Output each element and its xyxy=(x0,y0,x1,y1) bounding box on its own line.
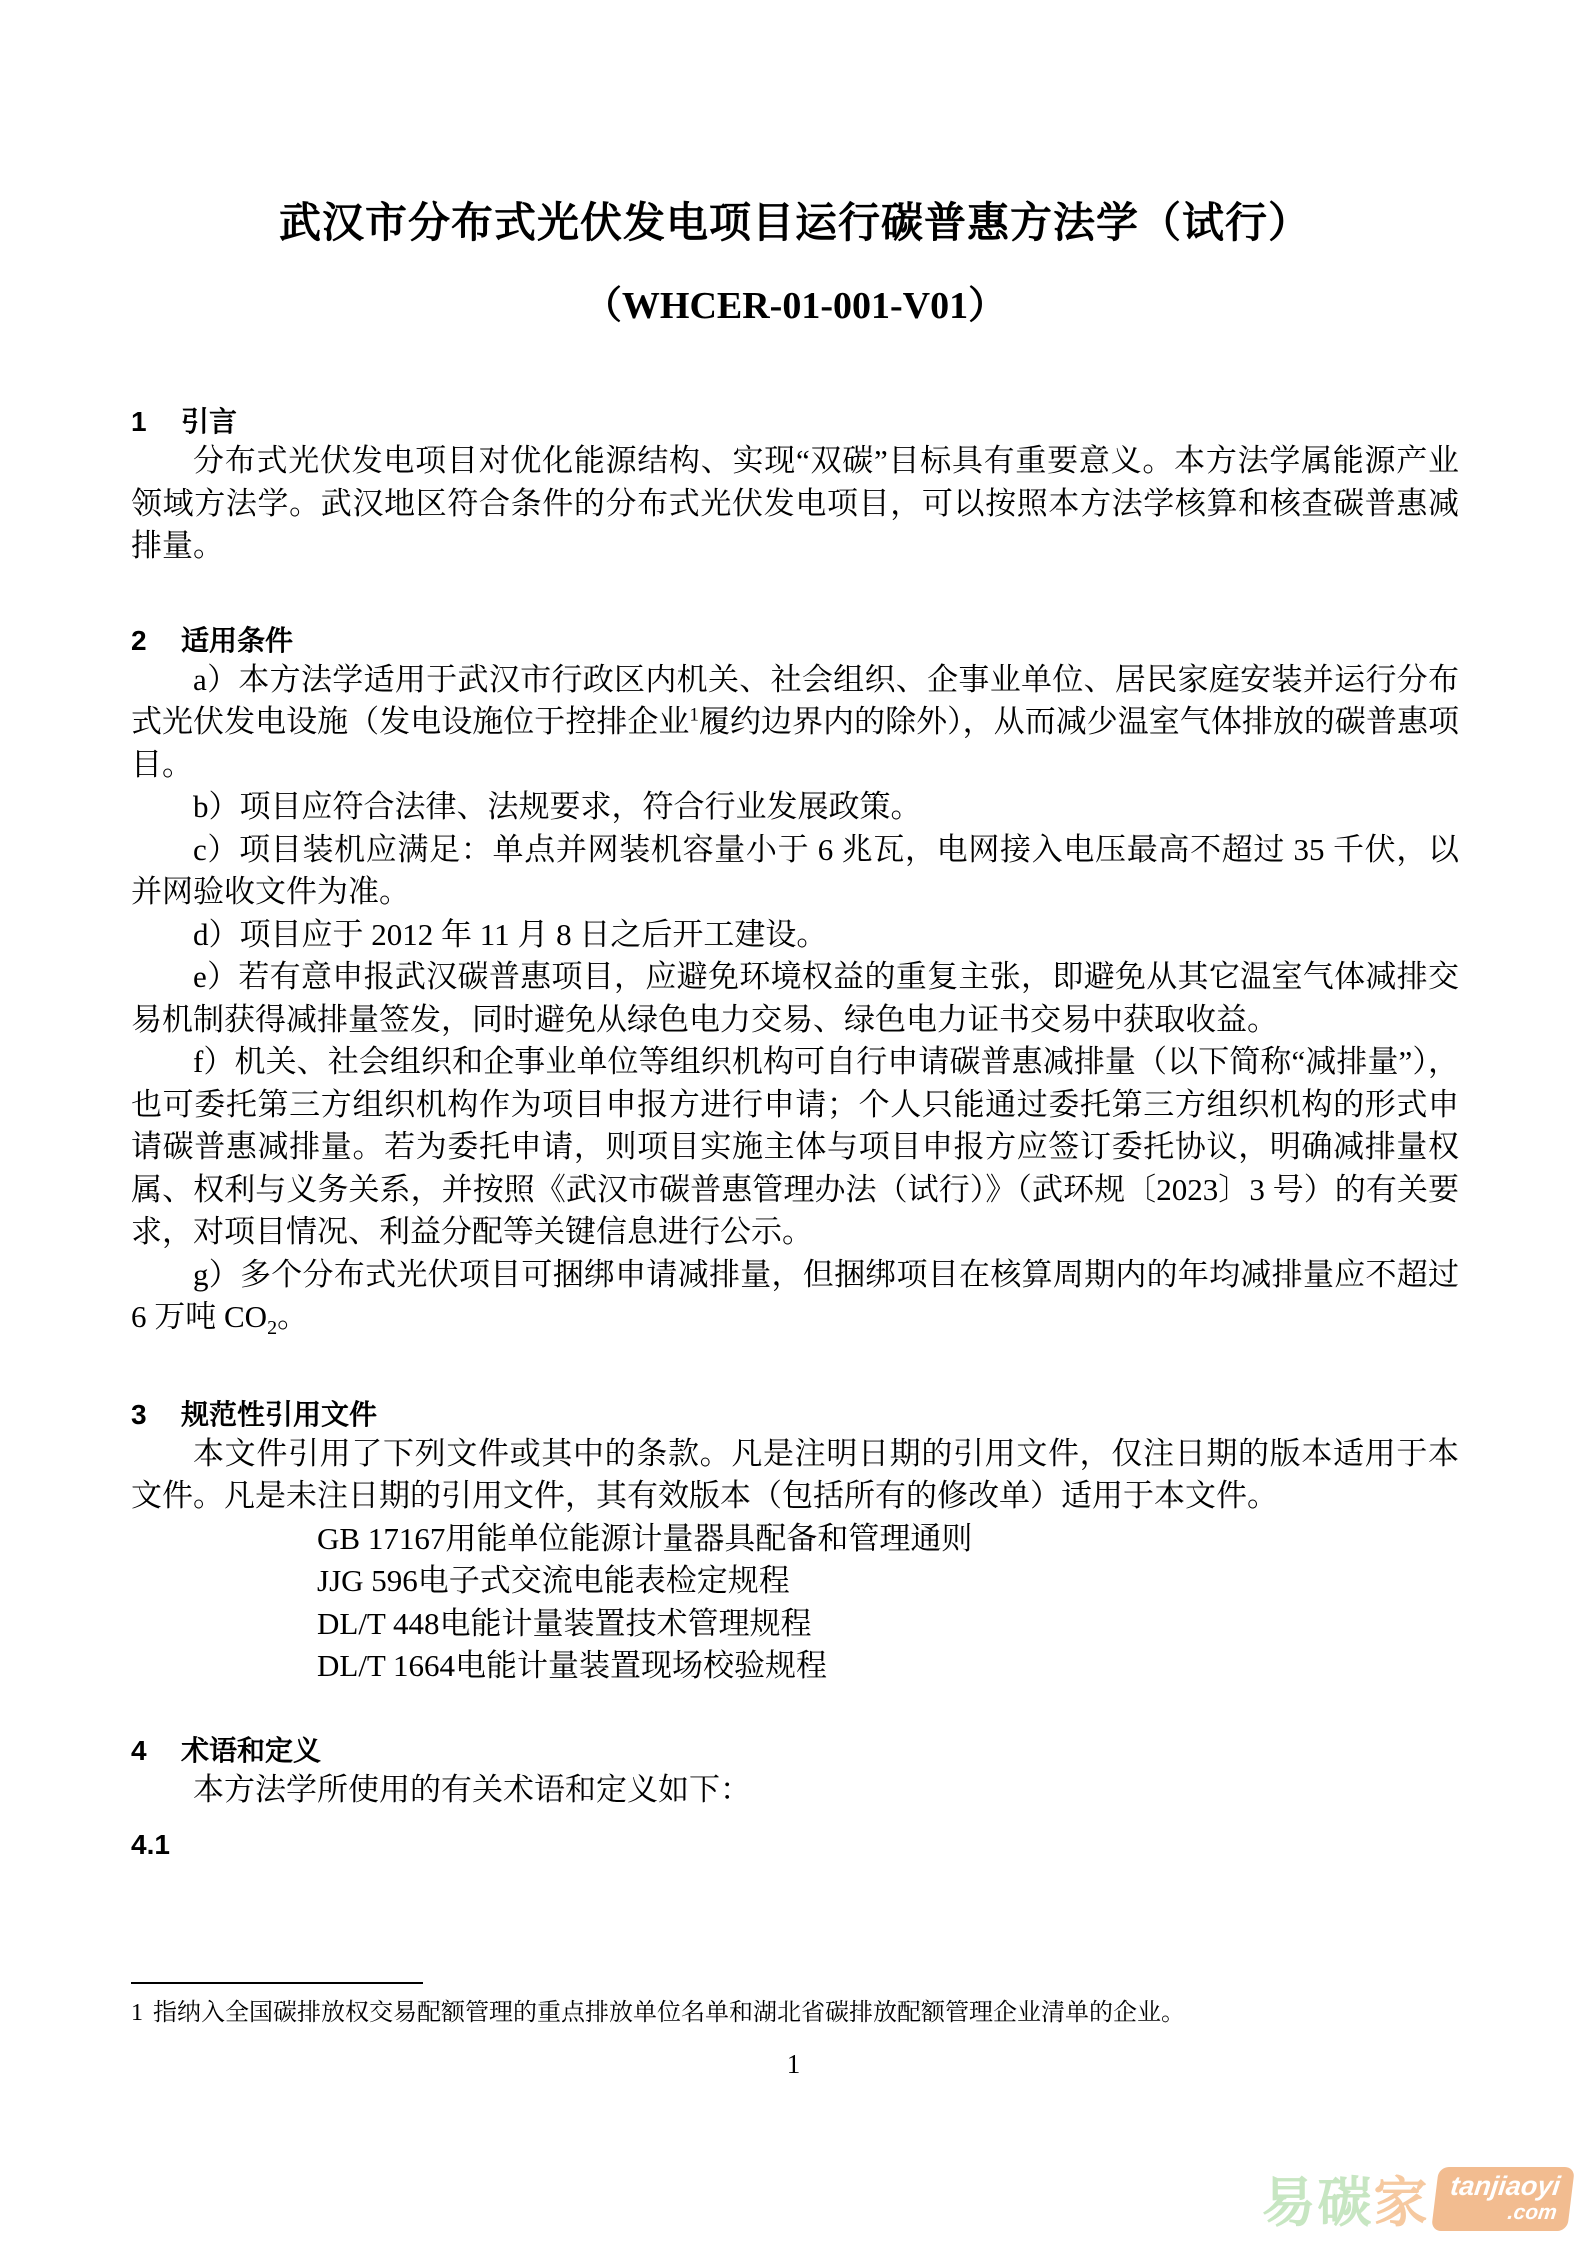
terms-intro: 本方法学所使用的有关术语和定义如下： xyxy=(131,1769,1459,1812)
condition-item-g-text: g）多个分布式光伏项目可捆绑申请减排量，但捆绑项目在核算周期内的年均减排量应不超… xyxy=(131,1257,1459,1335)
document-page: 武汉市分布式光伏发电项目运行碳普惠方法学（试行） （WHCER-01-001-V… xyxy=(0,0,1587,2245)
condition-item-g-period: 。 xyxy=(277,1299,308,1334)
reference-desc: 电能计量装置技术管理规程 xyxy=(440,1606,812,1641)
section-2-heading: 2适用条件 xyxy=(131,623,1459,659)
co2-subscript: 2 xyxy=(267,1317,277,1339)
footnote: 1指纳入全国碳排放权交易配额管理的重点排放单位名单和湖北省碳排放配额管理企业清单… xyxy=(131,1998,1459,2029)
section-1-number: 1 xyxy=(131,404,155,440)
section-1-title: 引言 xyxy=(181,406,237,437)
section-4-title: 术语和定义 xyxy=(181,1735,321,1766)
watermark-logo: 易碳 家 tanjiaoyi .com xyxy=(1261,2160,1571,2237)
section-2-number: 2 xyxy=(131,623,155,659)
document-title: 武汉市分布式光伏发电项目运行碳普惠方法学（试行） xyxy=(131,0,1459,250)
reference-item: DL/T 448电能计量装置技术管理规程 xyxy=(131,1603,1459,1646)
watermark-domain-name: tanjiaoyi xyxy=(1449,2173,1562,2200)
watermark-domain-badge: tanjiaoyi .com xyxy=(1432,2167,1575,2231)
section-2-title: 适用条件 xyxy=(181,625,293,656)
watermark-text-orange: 家 xyxy=(1373,2160,1427,2237)
condition-item-g: g）多个分布式光伏项目可捆绑申请减排量，但捆绑项目在核算周期内的年均减排量应不超… xyxy=(131,1254,1459,1339)
intro-paragraph: 分布式光伏发电项目对优化能源结构、实现“双碳”目标具有重要意义。本方法学属能源产… xyxy=(131,440,1459,568)
references-intro: 本文件引用了下列文件或其中的条款。凡是注明日期的引用文件，仅注日期的版本适用于本… xyxy=(131,1433,1459,1518)
page-number: 1 xyxy=(0,2048,1587,2080)
reference-item: DL/T 1664电能计量装置现场校验规程 xyxy=(131,1645,1459,1688)
footnote-marker: 1 xyxy=(689,705,699,726)
reference-desc: 用能单位能源计量器具配备和管理通则 xyxy=(445,1521,972,1556)
section-3-title: 规范性引用文件 xyxy=(181,1399,377,1430)
section-3-heading: 3规范性引用文件 xyxy=(131,1397,1459,1433)
reference-item: GB 17167用能单位能源计量器具配备和管理通则 xyxy=(131,1518,1459,1561)
reference-code: DL/T 1664 xyxy=(255,1645,455,1688)
condition-item-a: a）本方法学适用于武汉市行政区内机关、社会组织、企事业单位、居民家庭安装并运行分… xyxy=(131,659,1459,787)
condition-item-c: c）项目装机应满足：单点并网装机容量小于 6 兆瓦，电网接入电压最高不超过 35… xyxy=(131,829,1459,914)
reference-code: JJG 596 xyxy=(255,1560,418,1603)
condition-item-e: e）若有意申报武汉碳普惠项目，应避免环境权益的重复主张，即避免从其它温室气体减排… xyxy=(131,956,1459,1041)
footnote-divider xyxy=(131,1982,423,1984)
reference-desc: 电能计量装置现场校验规程 xyxy=(455,1648,827,1683)
reference-desc: 电子式交流电能表检定规程 xyxy=(418,1563,790,1598)
reference-code: GB 17167 xyxy=(255,1518,445,1561)
section-4-heading: 4术语和定义 xyxy=(131,1733,1459,1769)
section-3-number: 3 xyxy=(131,1397,155,1433)
term-4-1-number: 4.1 xyxy=(131,1827,1459,1863)
watermark-text-green: 易碳 xyxy=(1261,2160,1373,2237)
footnote-number: 1 xyxy=(131,2000,143,2026)
condition-item-f: f）机关、社会组织和企事业单位等组织机构可自行申请碳普惠减排量（以下简称“减排量… xyxy=(131,1041,1459,1254)
section-1-heading: 1引言 xyxy=(131,404,1459,440)
footnote-area: 1指纳入全国碳排放权交易配额管理的重点排放单位名单和湖北省碳排放配额管理企业清单… xyxy=(131,1982,1459,2029)
document-code: （WHCER-01-001-V01） xyxy=(131,282,1459,330)
watermark-domain-tld: .com xyxy=(1447,2202,1559,2223)
reference-code: DL/T 448 xyxy=(255,1603,440,1646)
document-content: 武汉市分布式光伏发电项目运行碳普惠方法学（试行） （WHCER-01-001-V… xyxy=(0,0,1587,1863)
section-4-number: 4 xyxy=(131,1733,155,1769)
condition-item-d: d）项目应于 2012 年 11 月 8 日之后开工建设。 xyxy=(131,914,1459,957)
footnote-text: 指纳入全国碳排放权交易配额管理的重点排放单位名单和湖北省碳排放配额管理企业清单的… xyxy=(153,2000,1185,2026)
condition-item-b: b）项目应符合法律、法规要求，符合行业发展政策。 xyxy=(131,786,1459,829)
reference-item: JJG 596电子式交流电能表检定规程 xyxy=(131,1560,1459,1603)
